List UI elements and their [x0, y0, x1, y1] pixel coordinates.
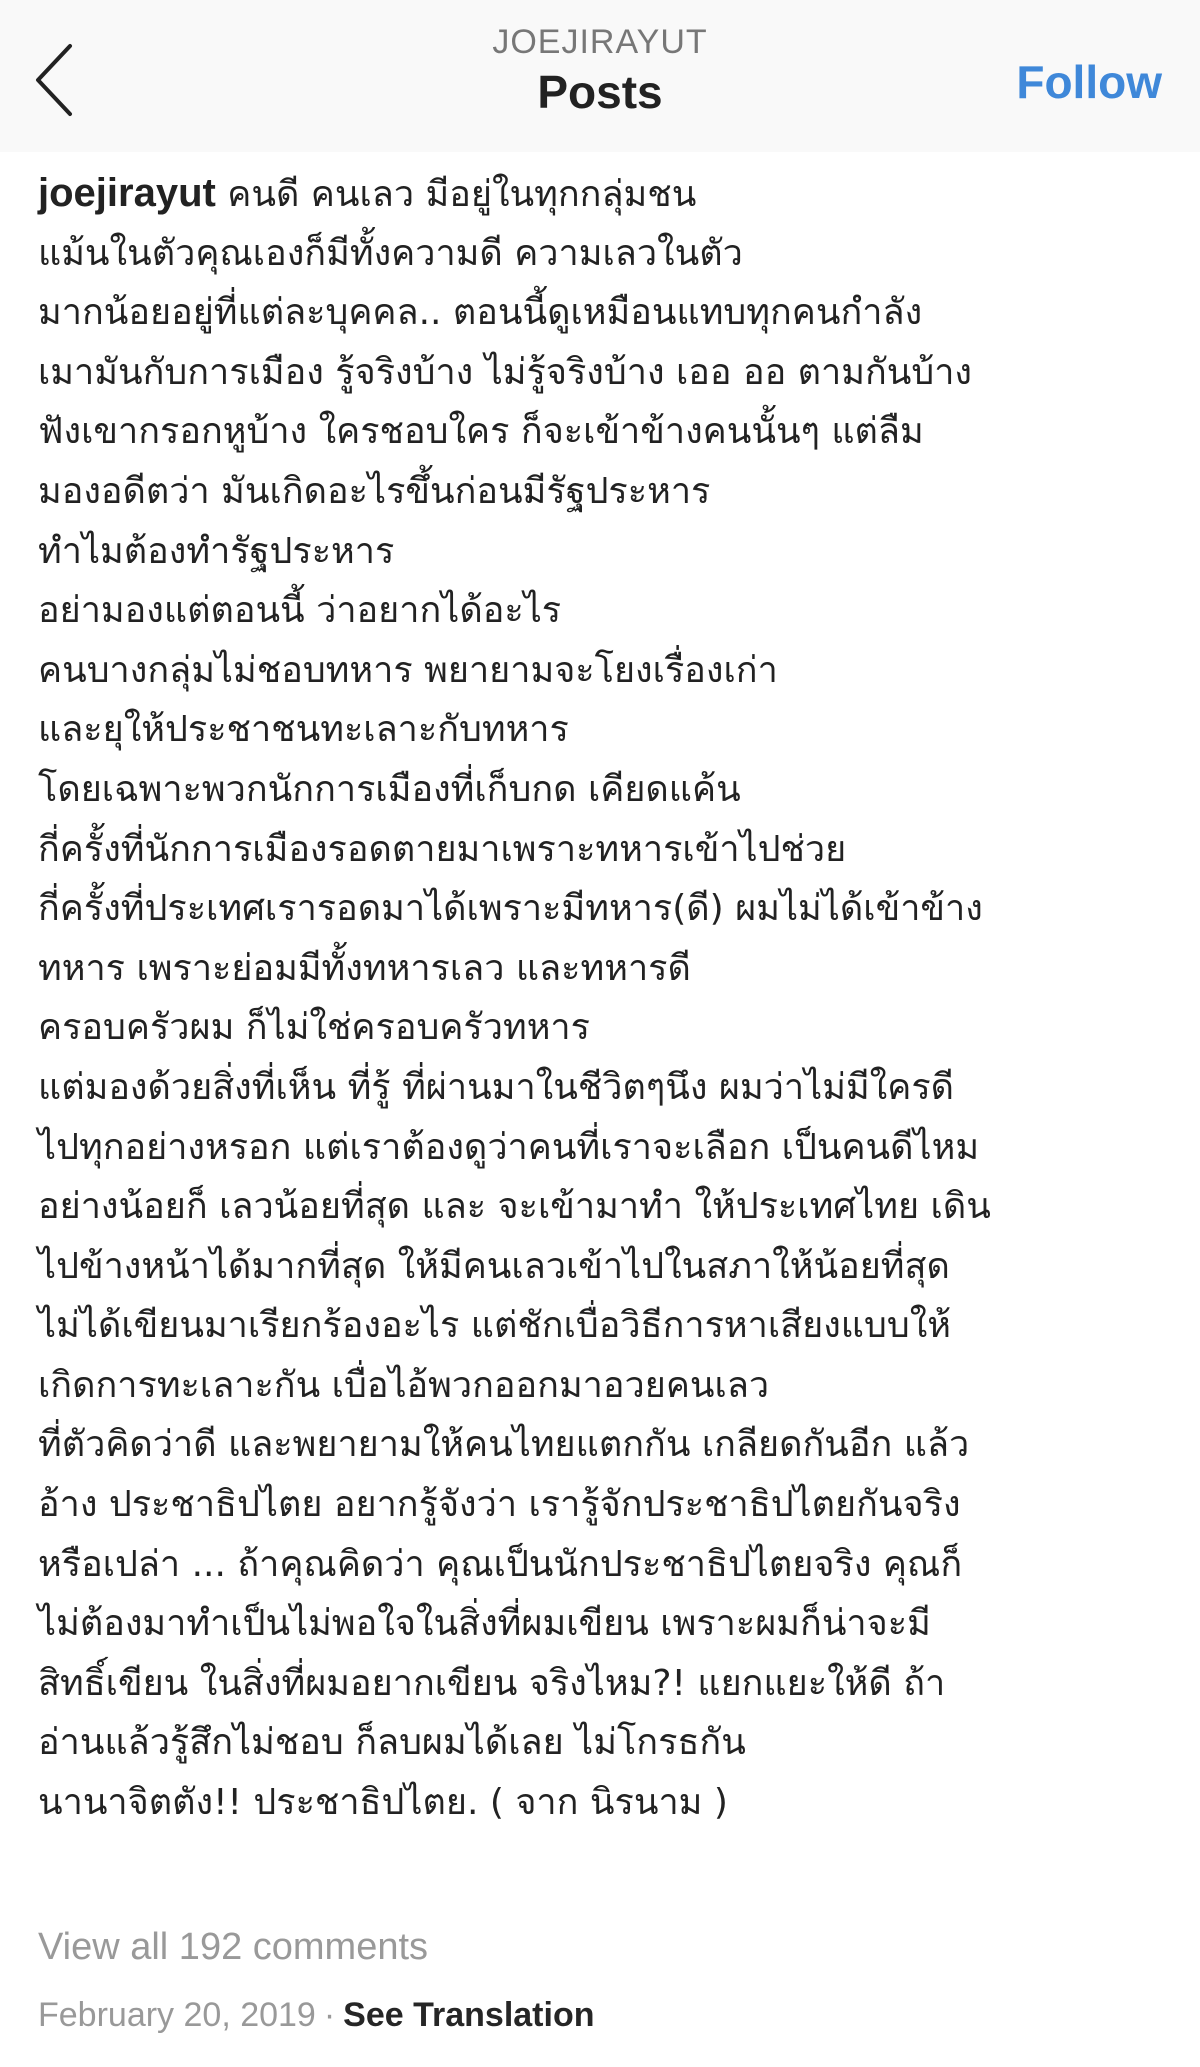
caption-line: คนบางกลุ่มไม่ชอบทหาร พยายามจะโยงเรื่องเก…	[38, 641, 1178, 701]
caption-line: เกิดการทะเลาะกัน เบื่อไอ้พวกออกมาอวยคนเล…	[38, 1356, 1178, 1416]
caption-line: แม้นในตัวคุณเองก็มีทั้งความดี ความเลวในต…	[38, 224, 1178, 284]
post-date: February 20, 2019	[38, 1996, 316, 2034]
caption-line: มากน้อยอยู่ที่แต่ละบุคคล.. ตอนนี้ดูเหมือ…	[38, 283, 1178, 343]
caption-line: กี่ครั้งที่ประเทศเรารอดมาได้เพราะมีทหาร(…	[38, 879, 1178, 939]
caption-line: สิทธิ์เขียน ในสิ่งที่ผมอยากเขียน จริงไหม…	[38, 1654, 1178, 1714]
caption-line: ไปทุกอย่างหรอก แต่เราต้องดูว่าคนที่เราจะ…	[38, 1118, 1178, 1178]
view-all-comments-link[interactable]: View all 192 comments	[38, 1922, 428, 1972]
caption-line: กี่ครั้งที่นักการเมืองรอดตายมาเพราะทหารเ…	[38, 820, 1178, 880]
caption-line: ทำไมต้องทำรัฐประหาร	[38, 522, 1178, 582]
caption-line: เมามันกับการเมือง รู้จริงบ้าง ไม่รู้จริง…	[38, 343, 1178, 403]
caption-line: โดยเฉพาะพวกนักการเมืองที่เก็บกด เคียดแค้…	[38, 760, 1178, 820]
caption-line: ไม่ต้องมาทำเป็นไม่พอใจในสิ่งที่ผมเขียน เ…	[38, 1594, 1178, 1654]
caption-line: อย่ามองแต่ตอนนี้ ว่าอยากได้อะไร	[38, 581, 1178, 641]
caption-line: ไม่ได้เขียนมาเรียกร้องอะไร แต่ชักเบื่อวิ…	[38, 1296, 1178, 1356]
caption-line: joejirayut คนดี คนเลว มีอยู่ในทุกกลุ่มชน	[38, 164, 1178, 224]
separator-dot: ·	[324, 1996, 335, 2034]
caption-line: หรือเปล่า ... ถ้าคุณคิดว่า คุณเป็นนักประ…	[38, 1535, 1178, 1595]
caption-line: ครอบครัวผม ก็ไม่ใช่ครอบครัวทหาร	[38, 998, 1178, 1058]
caption-line: มองอดีตว่า มันเกิดอะไรขึ้นก่อนมีรัฐประหา…	[38, 462, 1178, 522]
post-caption: joejirayut คนดี คนเลว มีอยู่ในทุกกลุ่มชน…	[38, 164, 1178, 1833]
caption-line: อย่างน้อยก็ เลวน้อยที่สุด และ จะเข้ามาทำ…	[38, 1177, 1178, 1237]
caption-line: แต่มองด้วยสิ่งที่เห็น ที่รู้ ที่ผ่านมาใน…	[38, 1058, 1178, 1118]
follow-button[interactable]: Follow	[1016, 54, 1162, 110]
post-meta: February 20, 2019·See Translation	[38, 1993, 595, 2037]
caption-line: อ้าง ประชาธิปไตย อยากรู้จังว่า เรารู้จัก…	[38, 1475, 1178, 1535]
top-nav-bar: JOEJIRAYUT Posts Follow	[0, 0, 1200, 152]
caption-line: ไปข้างหน้าได้มากที่สุด ให้มีคนเลวเข้าไปใ…	[38, 1237, 1178, 1297]
caption-line: และยุให้ประชาชนทะเลาะกับทหาร	[38, 700, 1178, 760]
caption-text: คนดี คนเลว มีอยู่ในทุกกลุ่มชน	[216, 174, 696, 215]
author-username-link[interactable]: joejirayut	[38, 171, 216, 215]
back-button[interactable]	[30, 40, 80, 120]
caption-line: ฟังเขากรอกหูบ้าง ใครชอบใคร ก็จะเข้าข้างค…	[38, 402, 1178, 462]
chevron-left-icon	[30, 40, 80, 120]
caption-line: อ่านแล้วรู้สึกไม่ชอบ ก็ลบผมได้เลย ไม่โกร…	[38, 1713, 1178, 1773]
caption-line: นานาจิตตัง!! ประชาธิปไตย. ( จาก นิรนาม )	[38, 1773, 1178, 1833]
caption-line: ทหาร เพราะย่อมมีทั้งทหารเลว และทหารดี	[38, 939, 1178, 999]
see-translation-link[interactable]: See Translation	[343, 1996, 594, 2034]
caption-line: ที่ตัวคิดว่าดี และพยายามให้คนไทยแตกกัน เ…	[38, 1415, 1178, 1475]
